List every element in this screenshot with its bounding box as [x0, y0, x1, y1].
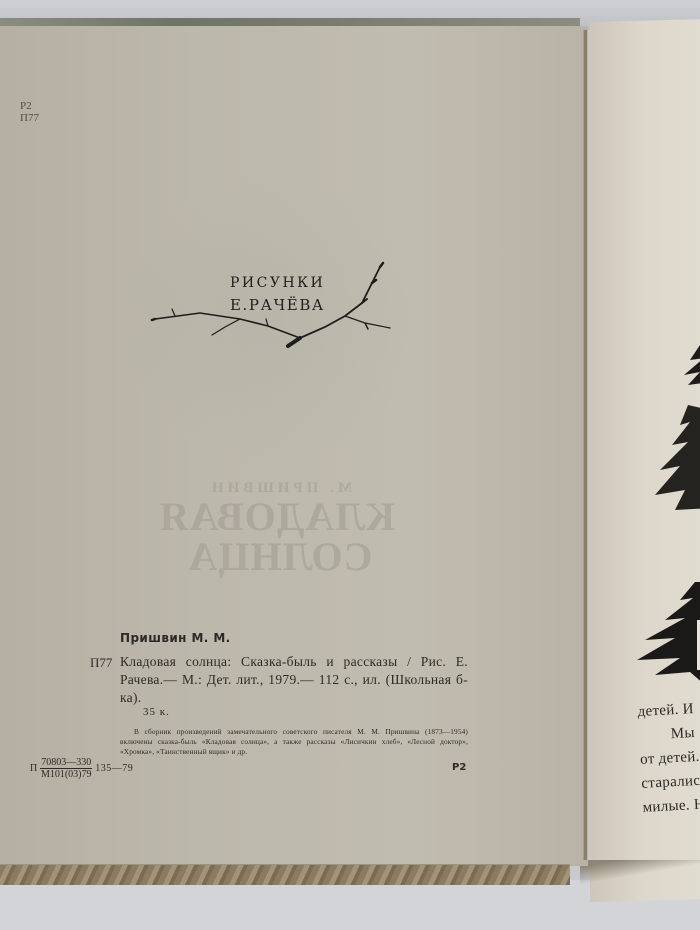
right-text-line: милые. Н — [642, 793, 700, 820]
right-page-shadow — [580, 860, 700, 920]
classmark: Р2 П77 — [20, 100, 39, 124]
tree-illustration-bottom — [635, 580, 700, 690]
right-page-text: детей. И Мы от детей. старалис милые. Н — [637, 697, 700, 820]
catalog-call-number: П77 — [90, 655, 112, 671]
tree-illustration-middle — [650, 400, 700, 520]
catalog-index: П 70803—330 М101(03)79 135—79 — [30, 757, 133, 780]
catalog-author: Пришвин М. М. — [120, 631, 231, 645]
index-fraction: 70803—330 М101(03)79 — [40, 757, 92, 780]
catalog-citation: Кладовая солнца: Сказка-быль и рассказы … — [120, 653, 468, 707]
index-suffix: 135—79 — [95, 763, 133, 774]
classmark-line1: Р2 — [20, 100, 39, 112]
branch-icon — [150, 255, 400, 355]
show-through-title-line2: СОЛНЦА — [165, 537, 395, 577]
show-through-title: М. ПРИШВИН КЛАДОВАЯ СОЛНЦА — [165, 480, 395, 577]
right-text-line: Мы — [638, 721, 700, 748]
right-text-line: детей. И — [637, 697, 700, 724]
right-text-line: старалис — [641, 769, 700, 796]
classmark-line2: П77 — [20, 112, 39, 124]
bbk-code: Р2 — [452, 762, 466, 773]
show-through-title-line1: КЛАДОВАЯ — [165, 497, 395, 537]
right-text-line: от детей. — [640, 745, 700, 772]
catalog-price: 35 к. — [143, 706, 170, 718]
binding-thread — [583, 30, 587, 860]
index-numerator: 70803—330 — [40, 757, 92, 769]
cover-bottom-edge — [0, 864, 570, 885]
catalog-annotation: В сборник произведений замечательного со… — [120, 727, 468, 757]
index-denominator: М101(03)79 — [41, 769, 92, 780]
index-prefix: П — [30, 763, 37, 774]
